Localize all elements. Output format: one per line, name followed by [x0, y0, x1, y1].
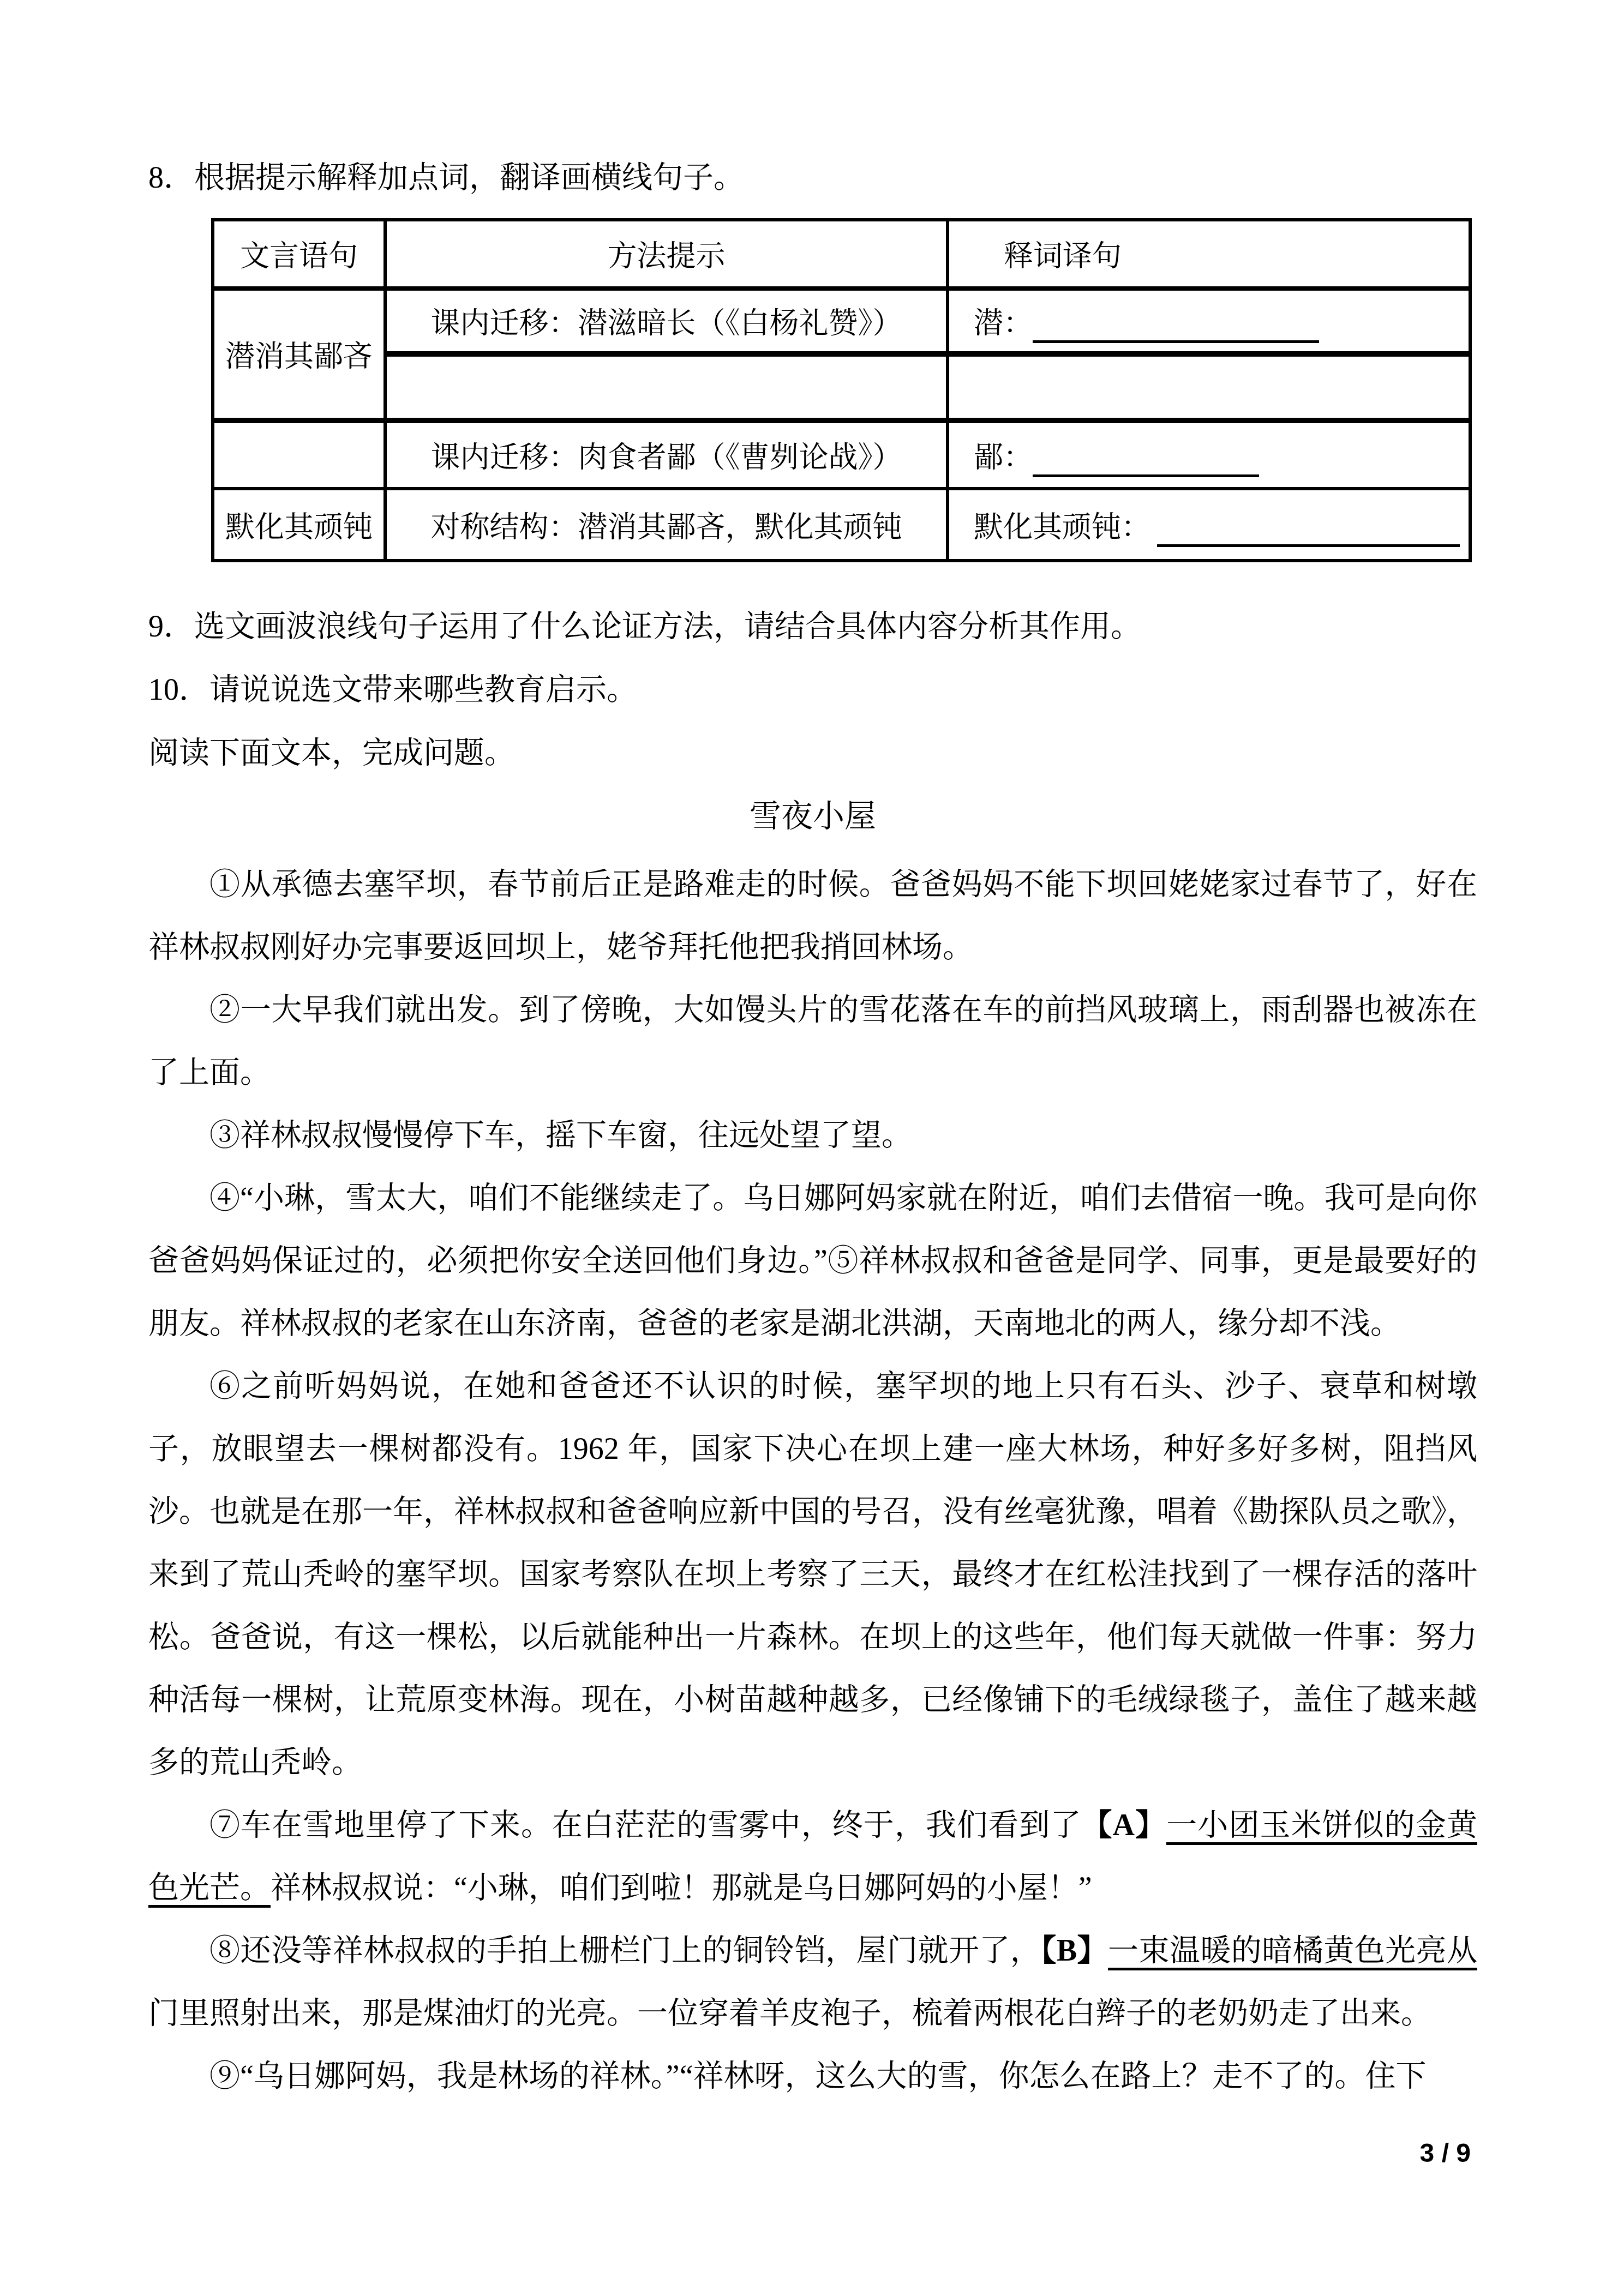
table-row: 默化其顽钝 对称结构：潜消其鄙吝，默化其顽钝 默化其顽钝： — [213, 489, 1470, 561]
text-segment: ⑧还没等祥林叔叔的手拍上栅栏门上的铜铃铛，屋门就开了， — [209, 1934, 1041, 1968]
question-9: 9．选文画波浪线句子运用了什么论证方法，请结合具体内容分析其作用。 — [148, 595, 1477, 658]
text-segment: 门里照射出来，那是煤油灯的光亮。一位穿着羊皮袍子，梳着两根花白辫子的老奶奶走了出… — [148, 1997, 1431, 2030]
table-header-row: 文言语句 方法提示 释词译句 — [213, 220, 1470, 288]
answer-label: 默化其顽钝： — [974, 511, 1150, 544]
text-segment: ⑥之前听妈妈说，在她和爸爸还不认识的时候，塞罕坝的地上只有石头、沙子、衰草和树墩… — [148, 1369, 1477, 1780]
header-cell-answer: 释词译句 — [948, 220, 1470, 288]
answer-blank — [1157, 517, 1460, 547]
bracket-marker: 【B】 — [1041, 1934, 1108, 1968]
table-row: 课内迁移：肉食者鄙（《曹刿论战》） 鄙： — [213, 420, 1470, 489]
story-paragraph: ②一大早我们就出发。到了傍晚，大如馒头片的雪花落在车的前挡风玻璃上，雨刮器也被冻… — [148, 979, 1477, 1104]
text-segment: 祥林叔叔说：“小琳，咱们到啦！那就是乌日娜阿妈的小屋！” — [271, 1871, 1092, 1905]
text-segment: ②一大早我们就出发。到了傍晚，大如馒头片的雪花落在车的前挡风玻璃上，雨刮器也被冻… — [148, 993, 1477, 1090]
story-paragraph: ⑨“乌日娜阿妈，我是林场的祥林。”“祥林呀，这么大的雪，你怎么在路上？走不了的。… — [148, 2045, 1477, 2108]
explain-words-table: 文言语句 方法提示 释词译句 潜消其鄙吝 课内迁移：潜滋暗长（《白杨礼赞》） 潜… — [211, 218, 1472, 562]
text-segment: ③祥林叔叔慢慢停下车，摇下车窗，往远处望了望。 — [209, 1119, 912, 1152]
question-8: 8．根据提示解释加点词，翻译画横线句子。 — [148, 146, 1477, 209]
page-content: 8．根据提示解释加点词，翻译画横线句子。 文言语句 方法提示 释词译句 潜消其鄙… — [148, 146, 1477, 2108]
phrase-cell-empty — [213, 420, 385, 489]
phrase-cell-qian: 潜消其鄙吝 — [213, 288, 385, 420]
story-paragraphs: ①从承德去塞罕坝，春节前后正是路难走的时候。爸爸妈妈不能下坝回姥姥家过春节了，好… — [148, 854, 1477, 2108]
answer-cell-bi: 鄙： — [948, 420, 1470, 489]
underlined-sentence: 一束温暖的暗橘黄色光亮从 — [1108, 1934, 1477, 1970]
bracket-marker: 【A】 — [1081, 1808, 1166, 1842]
phrase-cell-mohua: 默化其顽钝 — [213, 489, 385, 561]
answer-blank — [1033, 313, 1319, 343]
hint-cell-bi: 课内迁移：肉食者鄙（《曹刿论战》） — [385, 420, 948, 489]
story-paragraph: ⑧还没等祥林叔叔的手拍上栅栏门上的铜铃铛，屋门就开了，【B】一束温暖的暗橘黄色光… — [148, 1920, 1477, 2045]
table-row: 潜消其鄙吝 课内迁移：潜滋暗长（《白杨礼赞》） 潜： — [213, 288, 1470, 354]
text-segment: ①从承德去塞罕坝，春节前后正是路难走的时候。爸爸妈妈不能下坝回姥姥家过春节了，好… — [148, 868, 1477, 964]
story-paragraph: ①从承德去塞罕坝，春节前后正是路难走的时候。爸爸妈妈不能下坝回姥姥家过春节了，好… — [148, 854, 1477, 979]
answer-cell-mohua: 默化其顽钝： — [948, 489, 1470, 561]
table-row-empty — [213, 354, 1470, 420]
story-paragraph: ③祥林叔叔慢慢停下车，摇下车窗，往远处望了望。 — [148, 1104, 1477, 1167]
answer-blank — [1033, 447, 1259, 477]
reading-instruction: 阅读下面文本，完成问题。 — [148, 722, 1477, 785]
hint-cell-qian: 课内迁移：潜滋暗长（《白杨礼赞》） — [385, 288, 948, 354]
answer-label: 潜： — [974, 307, 1033, 340]
exam-page: { "question8": {"label": "8．根据提示解释加点词，翻译… — [0, 0, 1624, 2296]
question-10: 10．请说说选文带来哪些教育启示。 — [148, 658, 1477, 722]
header-cell-hint: 方法提示 — [385, 220, 948, 288]
story-paragraph: ⑦车在雪地里停了下来。在白茫茫的雪雾中，终于，我们看到了【A】一小团玉米饼似的金… — [148, 1794, 1477, 1920]
header-cell-phrase: 文言语句 — [213, 220, 385, 288]
answer-label: 鄙： — [974, 441, 1033, 474]
text-segment: ⑨“乌日娜阿妈，我是林场的祥林。”“祥林呀，这么大的雪，你怎么在路上？走不了的。… — [209, 2059, 1427, 2093]
story-paragraph: ④“小琳，雪太大，咱们不能继续走了。乌日娜阿妈家就在附近，咱们去借宿一晚。我可是… — [148, 1167, 1477, 1355]
passage-title: 雪夜小屋 — [148, 785, 1477, 848]
text-segment: ⑦车在雪地里停了下来。在白茫茫的雪雾中，终于，我们看到了 — [209, 1808, 1081, 1842]
page-number: 3 / 9 — [1420, 2141, 1471, 2167]
text-segment: ④“小琳，雪太大，咱们不能继续走了。乌日娜阿妈家就在附近，咱们去借宿一晚。我可是… — [148, 1181, 1477, 1341]
hint-cell-empty — [385, 354, 948, 420]
answer-cell-qian: 潜： — [948, 288, 1470, 354]
answer-cell-empty — [948, 354, 1470, 420]
hint-cell-mohua: 对称结构：潜消其鄙吝，默化其顽钝 — [385, 489, 948, 561]
story-paragraph: ⑥之前听妈妈说，在她和爸爸还不认识的时候，塞罕坝的地上只有石头、沙子、衰草和树墩… — [148, 1355, 1477, 1794]
